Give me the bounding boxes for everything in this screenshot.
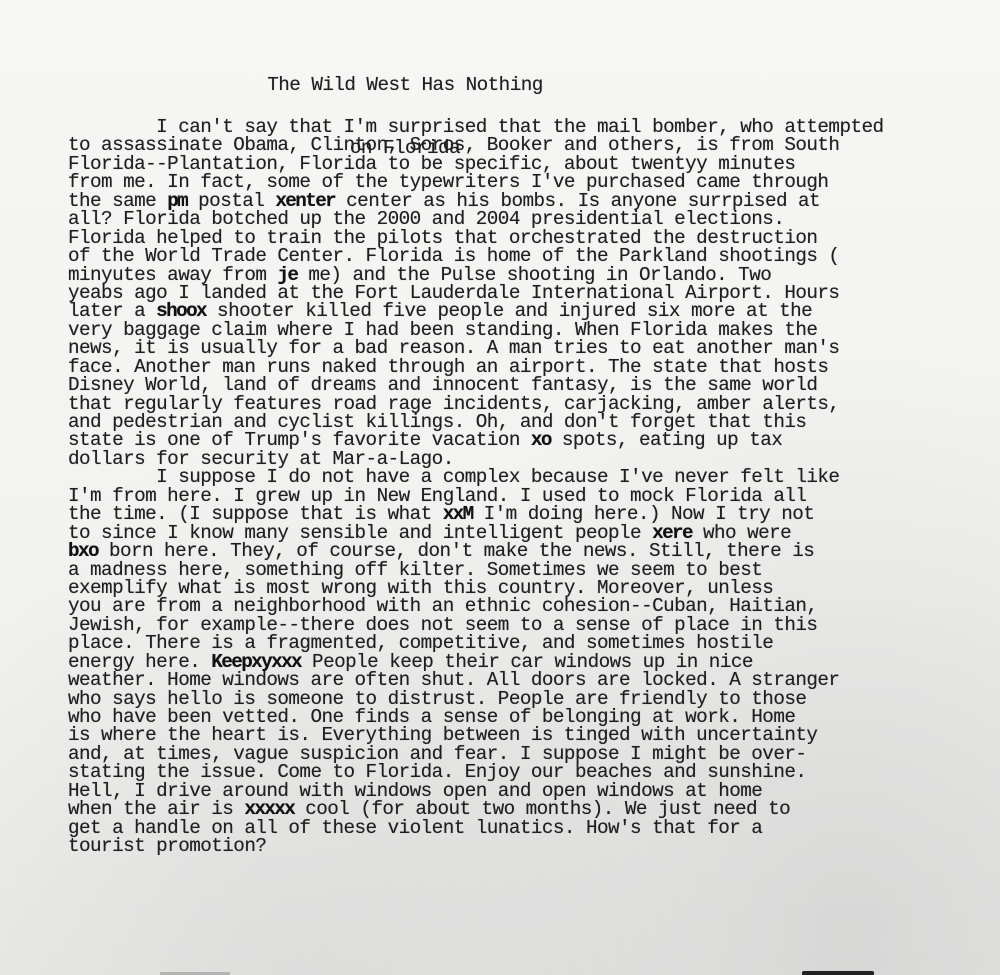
typed-text: tourist promotion? xyxy=(68,835,266,857)
document-body: I can't say that I'm surprised that the … xyxy=(68,118,884,856)
typewritten-page: The Wild West Has Nothing on Florida I c… xyxy=(0,0,1000,975)
typed-text: spots, eating up tax xyxy=(551,429,782,451)
body-line: tourist promotion? xyxy=(68,837,884,855)
page-edge-mark xyxy=(802,971,874,975)
struck-out-text: xo xyxy=(531,429,551,451)
title-line-1: The Wild West Has Nothing xyxy=(0,75,810,96)
